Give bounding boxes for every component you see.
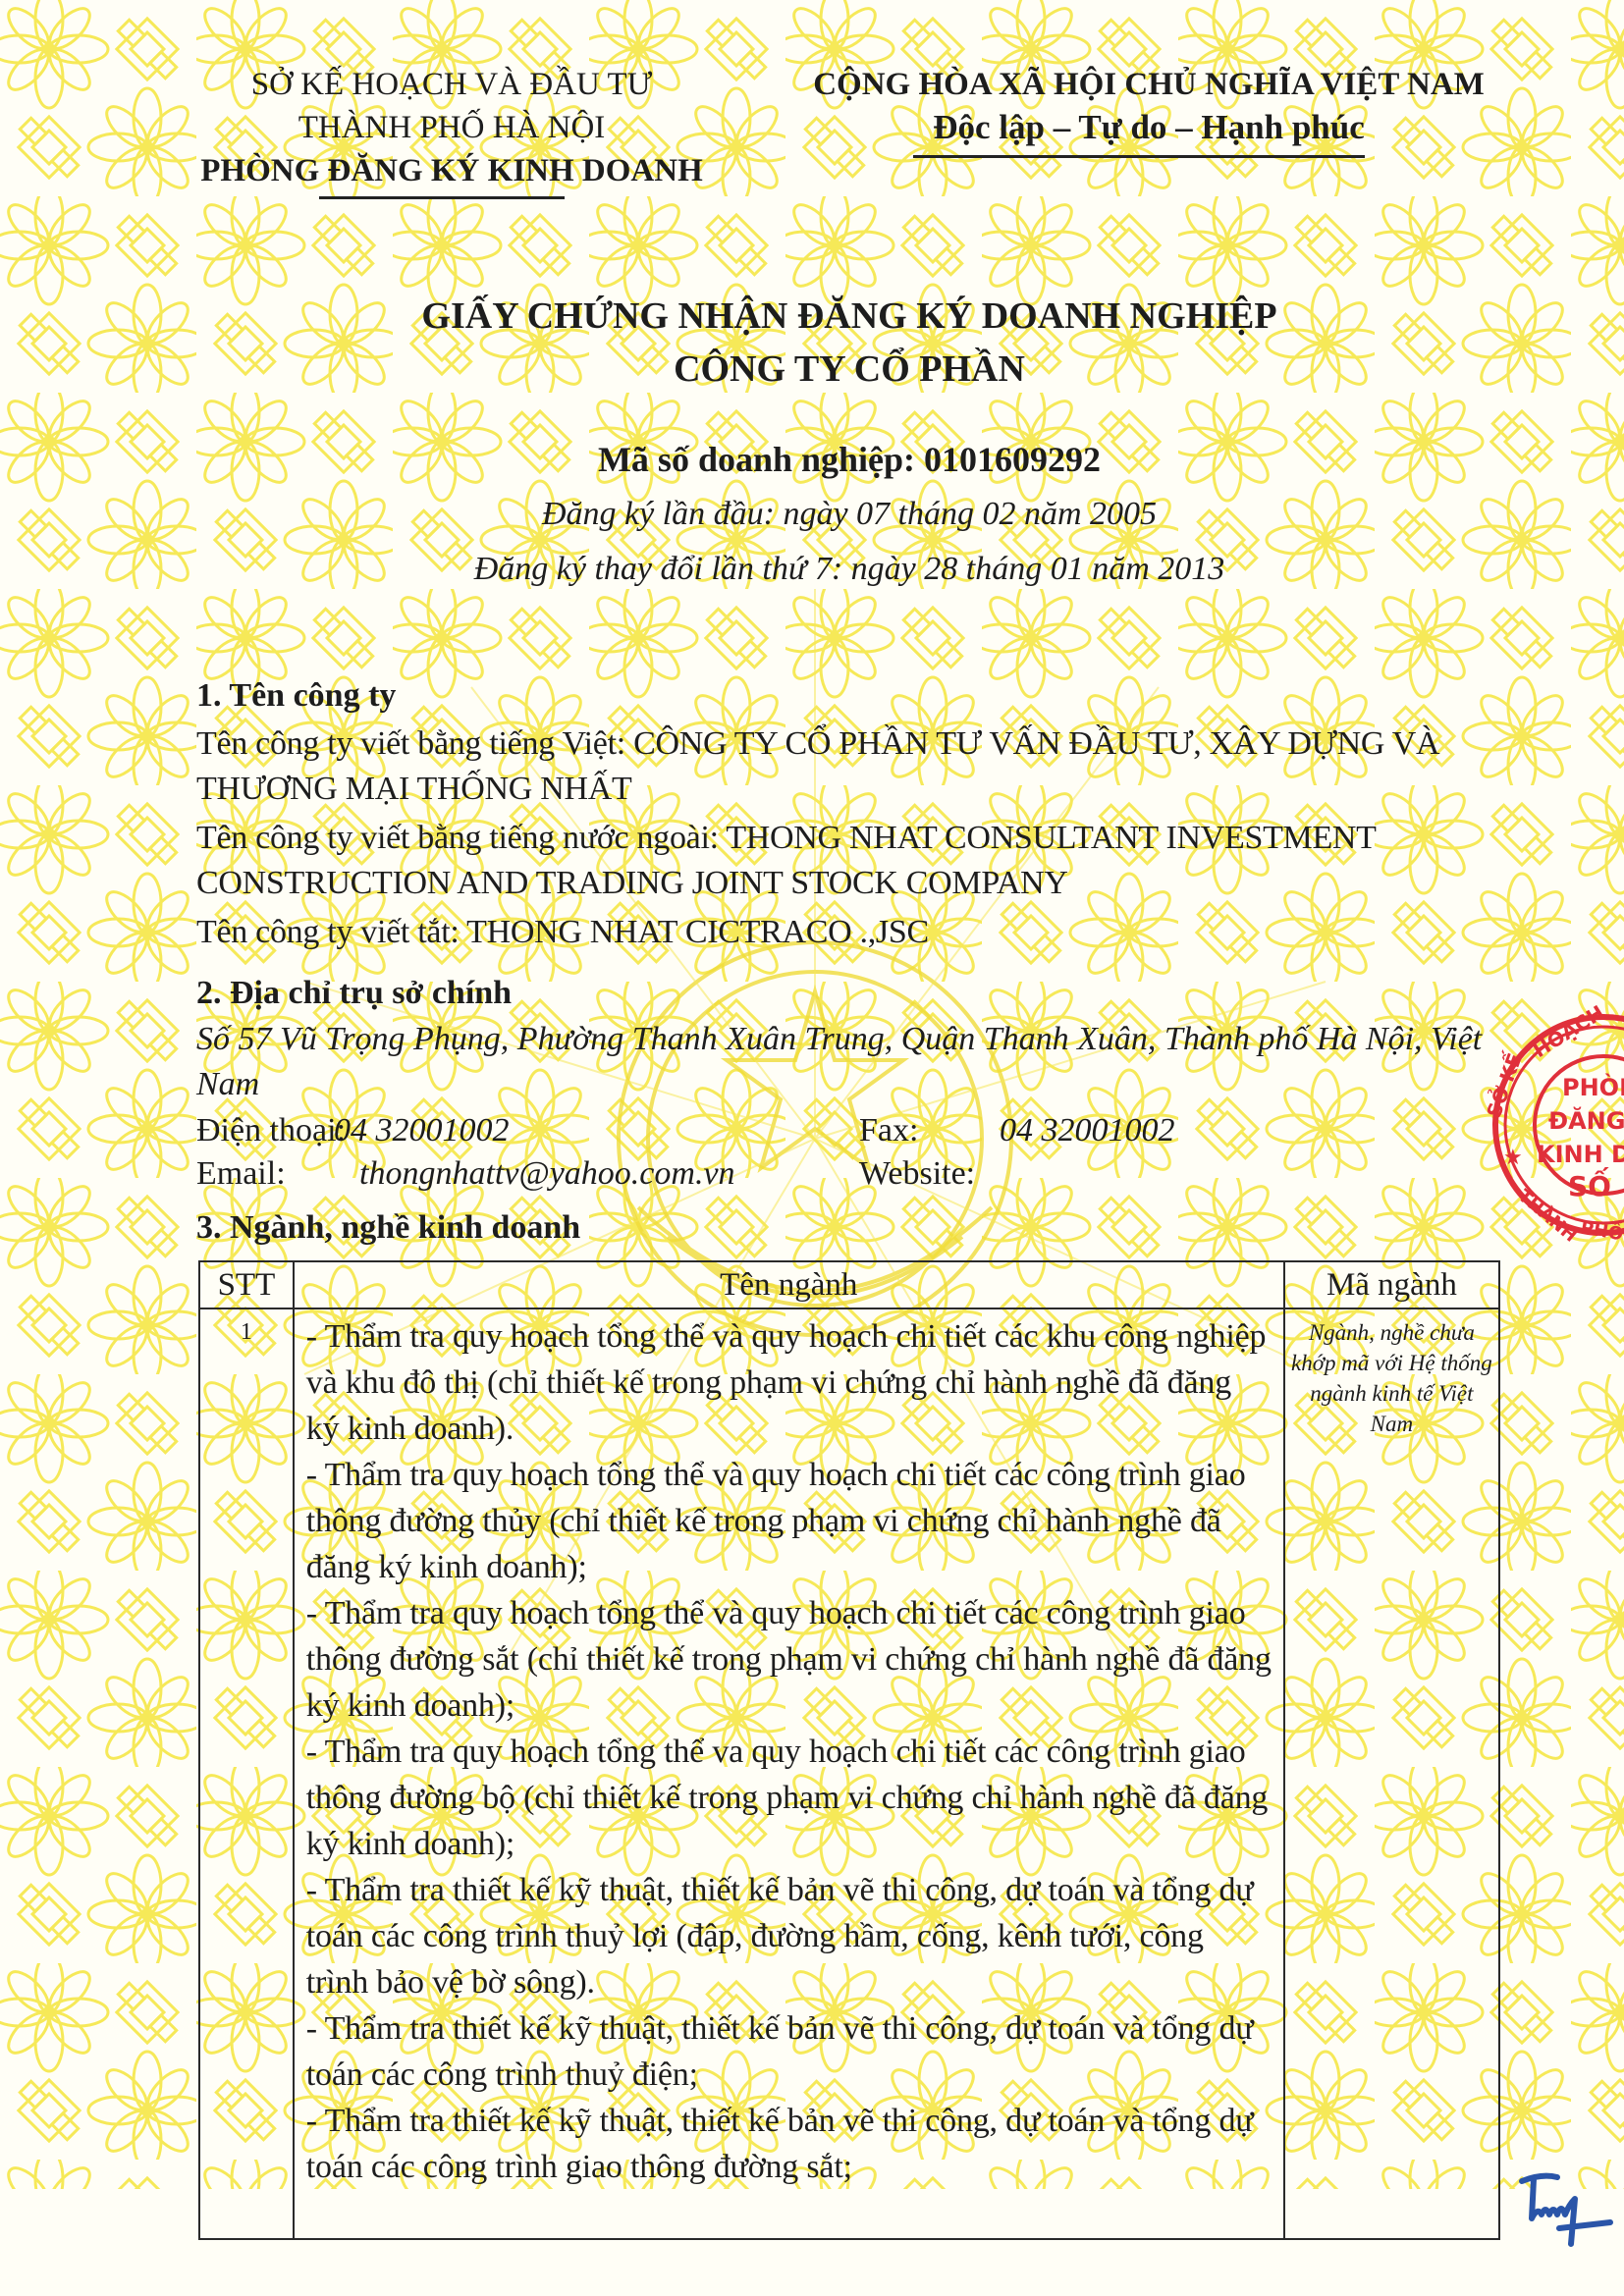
activity-item: - Thẩm tra thiết kế kỹ thuật, thiết kế b… [306, 2098, 1272, 2190]
column-header-name: Tên ngành [294, 1261, 1284, 1308]
svg-text:KINH D: KINH D [1537, 1141, 1624, 1168]
svg-text:ĐĂNG: ĐĂNG [1548, 1105, 1624, 1135]
column-header-stt: STT [199, 1261, 294, 1308]
nation-name: CỘNG HÒA XÃ HỘI CHỦ NGHĨA VIỆT NAM [776, 63, 1522, 106]
official-seal-icon: HOẠCH SỞ KẾ ★ THÀNH PHỐ PHÒNG ĐĂNG KINH … [1478, 1001, 1624, 1256]
head-office-address: Số 57 Vũ Trọng Phụng, Phường Thanh Xuân … [196, 1017, 1492, 1107]
activity-item: - Thẩm tra quy hoạch tổng thể và quy hoạ… [306, 1313, 1272, 1452]
enterprise-code: Mã số doanh nghiệp: 0101609292 [0, 432, 1624, 487]
title-line-2: CÔNG TY CỔ PHẦN [0, 343, 1624, 396]
svg-text:HOẠCH: HOẠCH [1529, 1001, 1608, 1062]
email-label: Email: [196, 1150, 286, 1198]
section-3-heading: 3. Ngành, nghề kinh doanh [196, 1209, 580, 1247]
section-1-heading: 1. Tên công ty [196, 672, 1492, 720]
row-industry-code: Ngành, nghề chưa khớp mã với Hệ thống ng… [1284, 1308, 1499, 2239]
signature-icon [1512, 2160, 1620, 2248]
row-activities: - Thẩm tra quy hoạch tổng thể và quy hoạ… [294, 1308, 1284, 2239]
activity-item: - Thẩm tra thiết kế kỹ thuật, thiết kế b… [306, 1867, 1272, 2005]
fax-value: 04 32001002 [1000, 1107, 1175, 1154]
email-value: thongnhattv@yahoo.com.vn [359, 1150, 735, 1198]
foreign-company-name: Tên công ty viết bằng tiếng nước ngoài: … [196, 816, 1492, 906]
table-row: 1 - Thẩm tra quy hoạch tổng thể và quy h… [199, 1308, 1499, 2239]
svg-text:SỞ KẾ: SỞ KẾ [1480, 1049, 1527, 1121]
phone-value: 04 32001002 [334, 1107, 510, 1154]
section-head-office: 2. Địa chỉ trụ sở chính Số 57 Vũ Trọng P… [196, 970, 1492, 1194]
row-stt: 1 [199, 1308, 294, 2239]
section-2-heading: 2. Địa chỉ trụ sở chính [196, 970, 1492, 1017]
table-header-row: STT Tên ngành Mã ngành [199, 1261, 1499, 1308]
title-line-1: GIẤY CHỨNG NHẬN ĐĂNG KÝ DOANH NGHIỆP [0, 290, 1624, 343]
website-label: Website: [859, 1150, 975, 1198]
activity-item: - Thẩm tra quy hoạch tổng thể và quy hoạ… [306, 1452, 1272, 1590]
svg-text:SỐ: SỐ [1568, 1165, 1611, 1202]
svg-text:PHÒNG: PHÒNG [1562, 1072, 1624, 1101]
phone-label: Điện thoại: [196, 1107, 346, 1154]
document-title: GIẤY CHỨNG NHẬN ĐĂNG KÝ DOANH NGHIỆP CÔN… [0, 290, 1624, 396]
svg-text:★: ★ [1503, 1146, 1523, 1170]
amendment-date: Đăng ký thay đổi lần thứ 7: ngày 28 thán… [0, 542, 1624, 597]
email-website-row: Email: thongnhattv@yahoo.com.vn Website: [196, 1150, 1492, 1194]
registration-info: Mã số doanh nghiệp: 0101609292 Đăng ký l… [0, 432, 1624, 597]
agency-underline [319, 196, 565, 199]
agency-office: PHÒNG ĐĂNG KÝ KINH DOANH [177, 149, 727, 192]
svg-text:PHỐ: PHỐ [1579, 1214, 1624, 1245]
phone-fax-row: Điện thoại: 04 32001002 Fax: 04 32001002 [196, 1107, 1492, 1150]
section-company-name: 1. Tên công ty Tên công ty viết bằng tiế… [196, 672, 1492, 955]
national-motto: Độc lập – Tự do – Hạnh phúc [776, 106, 1522, 149]
first-registration-date: Đăng ký lần đầu: ngày 07 tháng 02 năm 20… [0, 487, 1624, 542]
activity-item: - Thẩm tra quy hoạch tổng thể va quy hoạ… [306, 1729, 1272, 1867]
business-lines-table: STT Tên ngành Mã ngành 1 - Thẩm tra quy … [198, 1260, 1500, 2240]
agency-city: THÀNH PHỐ HÀ NỘI [177, 106, 727, 149]
motto-underline [913, 155, 1365, 158]
fax-label: Fax: [859, 1107, 918, 1154]
vietnamese-company-name: Tên công ty viết bằng tiếng Việt: CÔNG T… [196, 721, 1492, 812]
national-header-block: CỘNG HÒA XÃ HỘI CHỦ NGHĨA VIỆT NAM Độc l… [776, 63, 1522, 158]
activity-item: - Thẩm tra quy hoạch tổng thể và quy hoạ… [306, 1590, 1272, 1729]
short-company-name: Tên công ty viết tắt: THONG NHAT CICTRAC… [196, 910, 1492, 955]
agency-department: SỞ KẾ HOẠCH VÀ ĐẦU TƯ [177, 63, 727, 106]
column-header-code: Mã ngành [1284, 1261, 1499, 1308]
activity-item: - Thẩm tra thiết kế kỹ thuật, thiết kế b… [306, 2005, 1272, 2098]
issuing-agency-block: SỞ KẾ HOẠCH VÀ ĐẦU TƯ THÀNH PHỐ HÀ NỘI P… [177, 63, 727, 199]
